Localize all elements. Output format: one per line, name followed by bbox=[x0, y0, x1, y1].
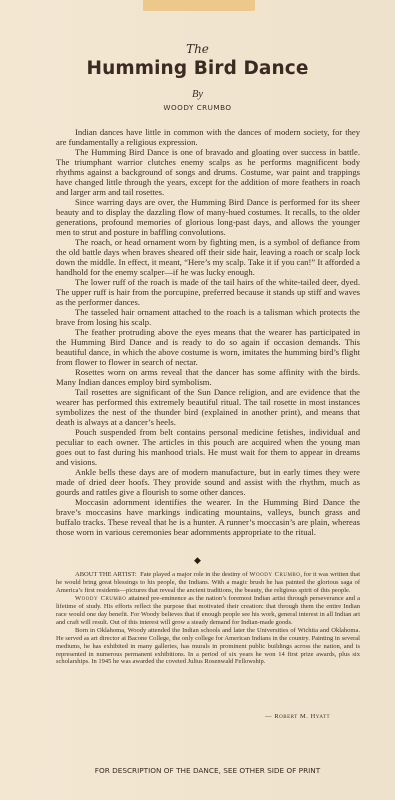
page-title: Humming Bird Dance bbox=[0, 58, 395, 79]
paragraph: The roach, or head ornament worn by figh… bbox=[56, 237, 360, 277]
paragraph: The Humming Bird Dance is one of bravado… bbox=[56, 147, 360, 197]
paragraph: Moccasin adornment identifies the wearer… bbox=[56, 497, 360, 537]
about-heading: ABOUT THE ARTIST: bbox=[75, 571, 137, 578]
paragraph: Tail rosettes are significant of the Sun… bbox=[56, 387, 360, 427]
byline-label: By bbox=[0, 89, 395, 100]
artist-name: Woody Crumbo bbox=[249, 571, 300, 578]
paragraph: Indian dances have little in common with… bbox=[56, 127, 360, 147]
paragraph: The tasseled hair ornament attached to t… bbox=[56, 307, 360, 327]
about-paragraph-1: ABOUT THE ARTIST: Fate played a major ro… bbox=[56, 571, 360, 595]
footer-note: FOR DESCRIPTION OF THE DANCE, SEE OTHER … bbox=[0, 766, 395, 775]
print-description-sheet: The Humming Bird Dance By WOODY CRUMBO I… bbox=[0, 0, 395, 800]
about-paragraph-3: Born in Oklahoma, Woody attended the Ind… bbox=[56, 627, 360, 667]
author-name: WOODY CRUMBO bbox=[0, 103, 395, 112]
dance-description: Indian dances have little in common with… bbox=[56, 127, 360, 537]
signature: — Robert M. Hyatt bbox=[265, 713, 330, 720]
paragraph: The lower ruff of the roach is made of t… bbox=[56, 277, 360, 307]
about-the-artist: ABOUT THE ARTIST: Fate played a major ro… bbox=[56, 571, 360, 666]
paragraph: The feather protruding above the eyes me… bbox=[56, 327, 360, 367]
artist-name: Woody Crumbo bbox=[75, 595, 126, 602]
paragraph: Since warring days are over, the Humming… bbox=[56, 197, 360, 237]
about-paragraph-2: Woody Crumbo attained pre-eminence as th… bbox=[56, 595, 360, 627]
paragraph: Ankle bells these days are of modern man… bbox=[56, 467, 360, 497]
paragraph: Rosettes worn on arms reveal that the da… bbox=[56, 367, 360, 387]
diamond-ornament-icon: ◆ bbox=[0, 556, 395, 566]
paragraph: Pouch suspended from belt contains perso… bbox=[56, 427, 360, 467]
title-prefix: The bbox=[0, 42, 395, 56]
